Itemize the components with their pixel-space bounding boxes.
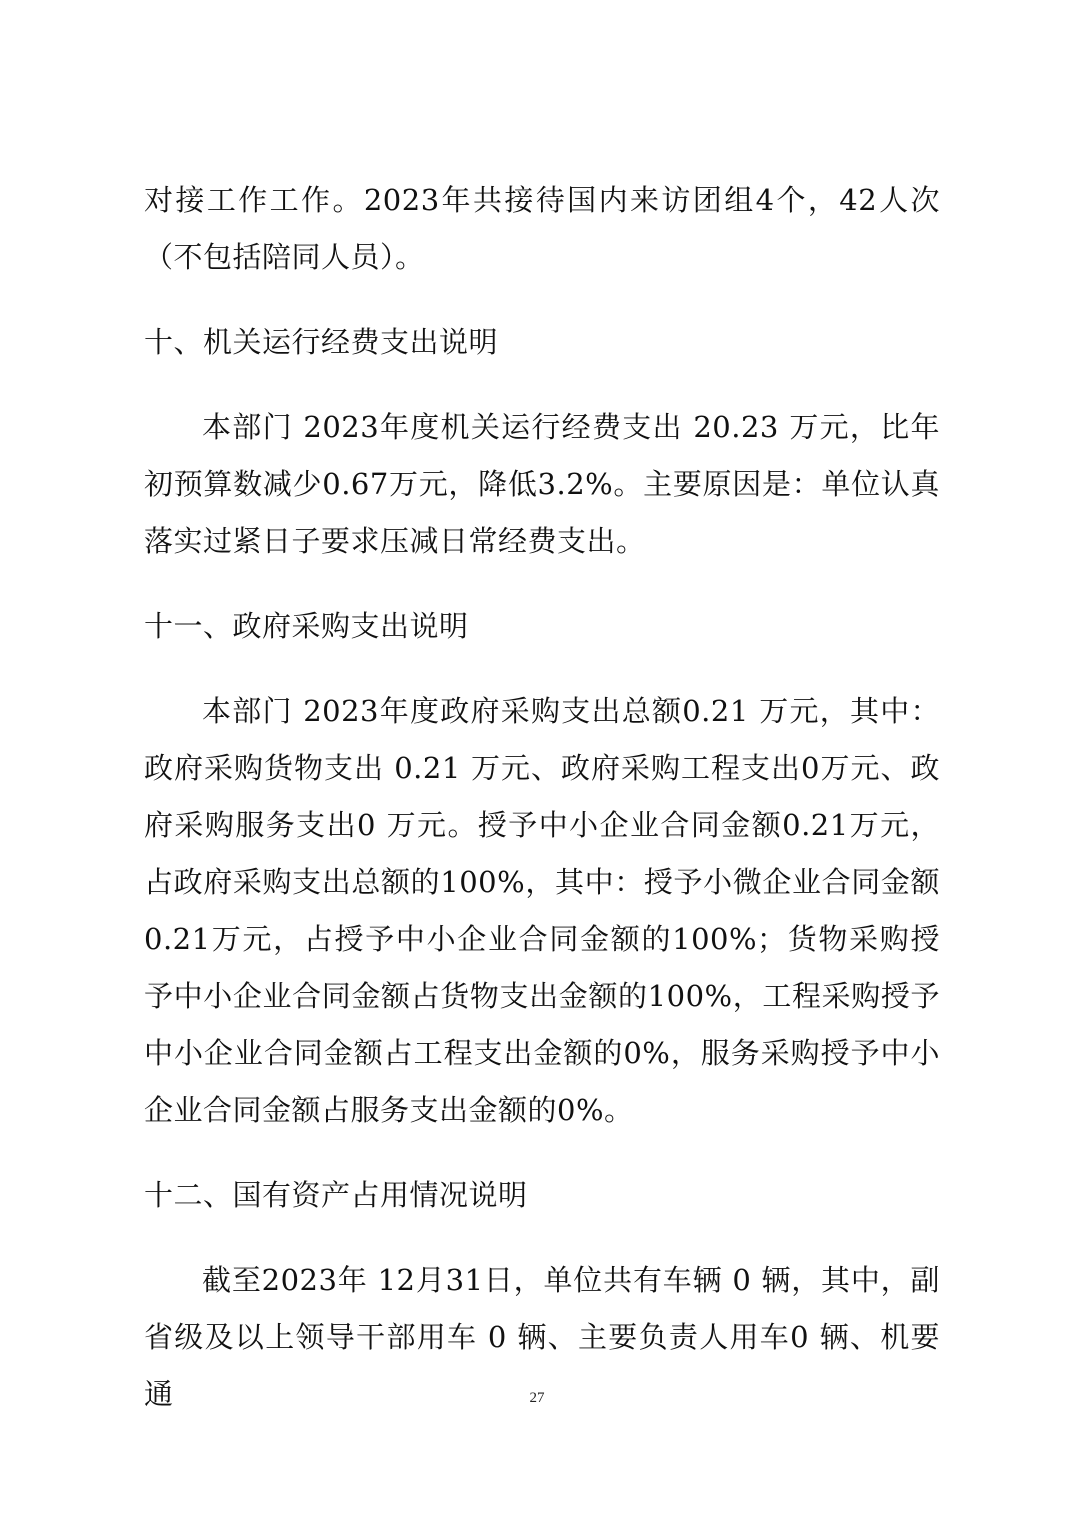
document-page: 对接工作工作。2023年共接待国内来访团组4个，42人次（不包括陪同人员）。 十… xyxy=(0,0,1074,1520)
section-heading-10-operating-expenses: 十、机关运行经费支出说明 xyxy=(144,314,940,371)
page-number: 27 xyxy=(0,1390,1074,1407)
section-heading-11-government-procurement: 十一、政府采购支出说明 xyxy=(144,598,940,655)
paragraph-reception-continued: 对接工作工作。2023年共接待国内来访团组4个，42人次（不包括陪同人员）。 xyxy=(144,172,940,286)
document-body: 对接工作工作。2023年共接待国内来访团组4个，42人次（不包括陪同人员）。 十… xyxy=(144,172,940,1423)
section-heading-12-state-assets: 十二、国有资产占用情况说明 xyxy=(144,1167,940,1224)
paragraph-operating-expenses: 本部门 2023年度机关运行经费支出 20.23 万元，比年初预算数减少0.67… xyxy=(144,399,940,570)
paragraph-government-procurement: 本部门 2023年度政府采购支出总额0.21 万元，其中：政府采购货物支出 0.… xyxy=(144,683,940,1139)
